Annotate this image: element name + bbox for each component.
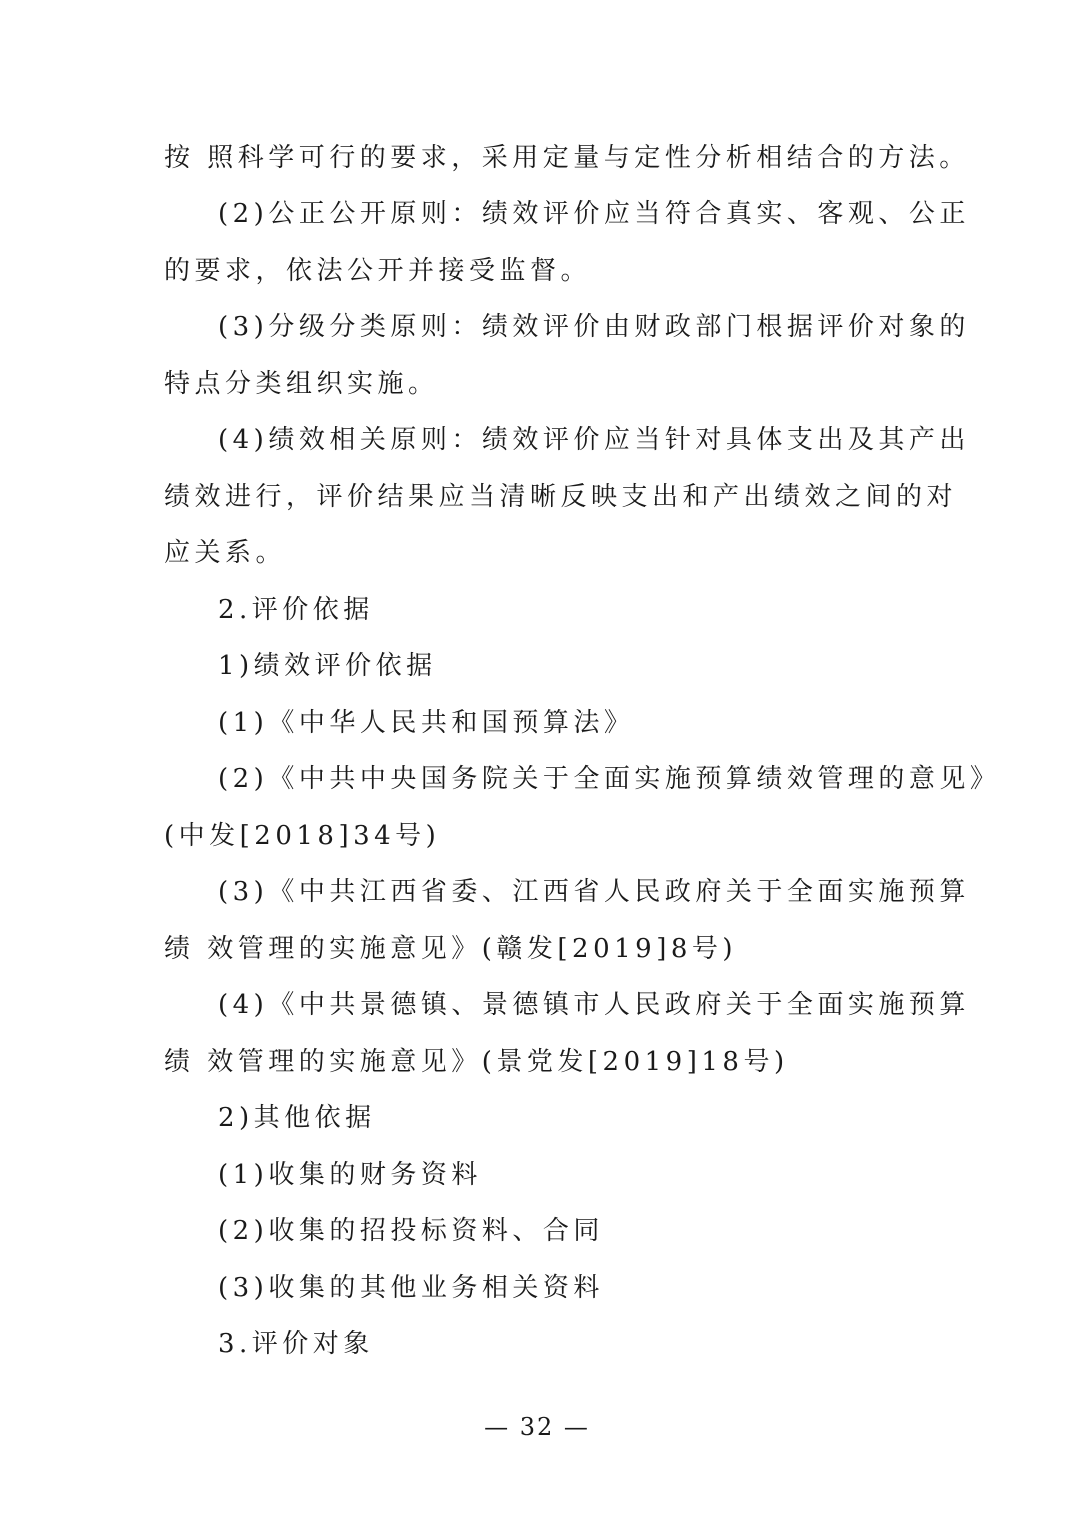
paragraph-line: 绩 效管理的实施意见》(赣发[2019]8号) (164, 934, 737, 964)
paragraph-line: 的要求，依法公开并接受监督。 (164, 256, 591, 286)
other-basis-item: (3)收集的其他业务相关资料 (218, 1273, 604, 1303)
section-heading: 3.评价对象 (218, 1329, 374, 1359)
principle-3-line: (3)分级分类原则：绩效评价由财政部门根据评价对象的 (218, 312, 970, 342)
subsection-heading: 1)绩效评价依据 (218, 651, 437, 681)
other-basis-item: (1)收集的财务资料 (218, 1160, 482, 1190)
paragraph-line: (中发[2018]34号) (164, 821, 440, 851)
basis-item: (1)《中华人民共和国预算法》 (218, 708, 634, 738)
paragraph-line: 绩 效管理的实施意见》(景党发[2019]18号) (164, 1047, 789, 1077)
paragraph-line: 特点分类组织实施。 (164, 369, 439, 399)
basis-item: (3)《中共江西省委、江西省人民政府关于全面实施预算 (218, 877, 970, 907)
basis-item: (2)《中共中央国务院关于全面实施预算绩效管理的意见》 (218, 764, 1000, 794)
basis-item: (4)《中共景德镇、景德镇市人民政府关于全面实施预算 (218, 990, 970, 1020)
page-number: — 32 — (0, 1413, 1074, 1441)
paragraph-line: 绩效进行，评价结果应当清晰反映支出和产出绩效之间的对 (164, 482, 957, 512)
paragraph-line: 应关系。 (164, 538, 286, 568)
other-basis-item: (2)收集的招投标资料、合同 (218, 1216, 604, 1246)
section-heading: 2.评价依据 (218, 595, 374, 625)
subsection-heading: 2)其他依据 (218, 1103, 376, 1133)
principle-2-line: (2)公正公开原则：绩效评价应当符合真实、客观、公正 (218, 199, 970, 229)
principle-4-line: (4)绩效相关原则：绩效评价应当针对具体支出及其产出 (218, 425, 970, 455)
paragraph-line: 按 照科学可行的要求，采用定量与定性分析相结合的方法。 (164, 143, 970, 173)
